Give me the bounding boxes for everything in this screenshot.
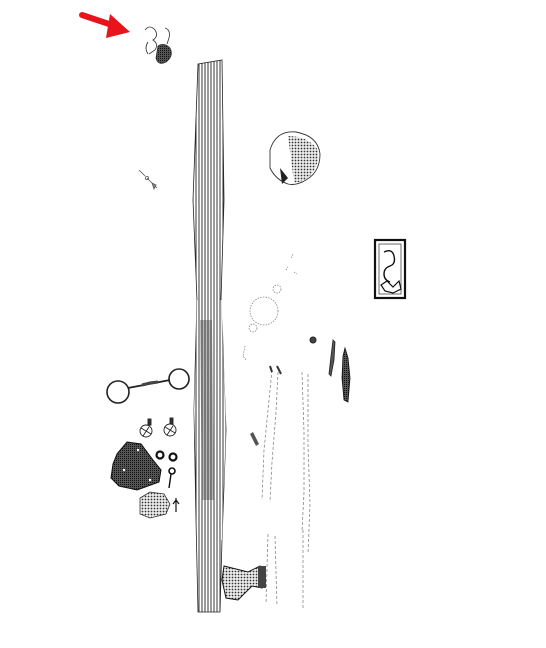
wooden-plank	[193, 60, 226, 612]
long-bones	[262, 370, 310, 610]
knife	[310, 337, 335, 376]
rings	[157, 452, 177, 461]
bone-fragment	[250, 366, 281, 446]
bead	[139, 170, 157, 189]
rivets	[169, 468, 179, 512]
small-fragment	[140, 492, 170, 518]
red-arrow-icon	[82, 14, 130, 38]
textile-fragment	[111, 442, 161, 490]
axe-head	[222, 566, 266, 600]
blade	[342, 348, 350, 402]
skull	[270, 132, 320, 185]
rectangular-plaque	[375, 240, 405, 298]
horse-bit	[107, 369, 189, 403]
necklace-beads	[243, 254, 297, 360]
object-top-left	[145, 27, 171, 63]
strap-mounts	[140, 418, 176, 437]
drawing-canvas	[0, 0, 546, 648]
